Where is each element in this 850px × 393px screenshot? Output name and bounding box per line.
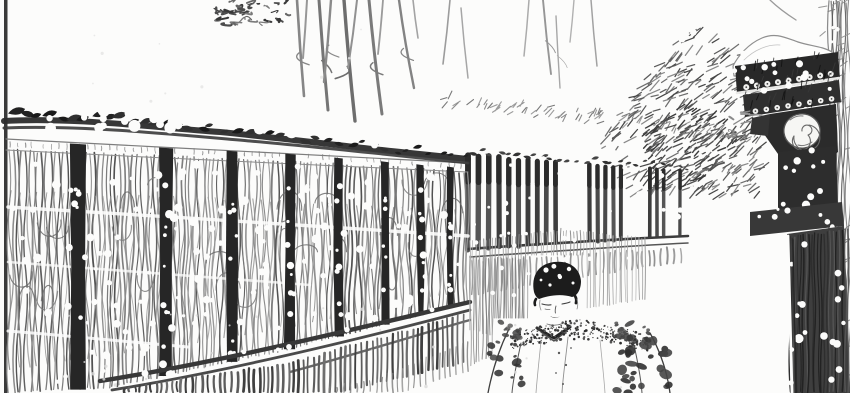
figure-shoulder-pattern-left bbox=[497, 319, 523, 340]
panel-border-left bbox=[4, 0, 8, 393]
bare-trees bbox=[297, 0, 796, 121]
comic-panel bbox=[0, 0, 850, 393]
wall-snow-cap-lumps bbox=[45, 106, 438, 149]
figure-face bbox=[540, 299, 578, 325]
figure-shoulder-pattern-right bbox=[614, 319, 653, 345]
snow-scene-illustration bbox=[0, 0, 850, 393]
figure-sleeve-pattern-right bbox=[612, 332, 673, 393]
top-left-foliage bbox=[214, 0, 290, 26]
